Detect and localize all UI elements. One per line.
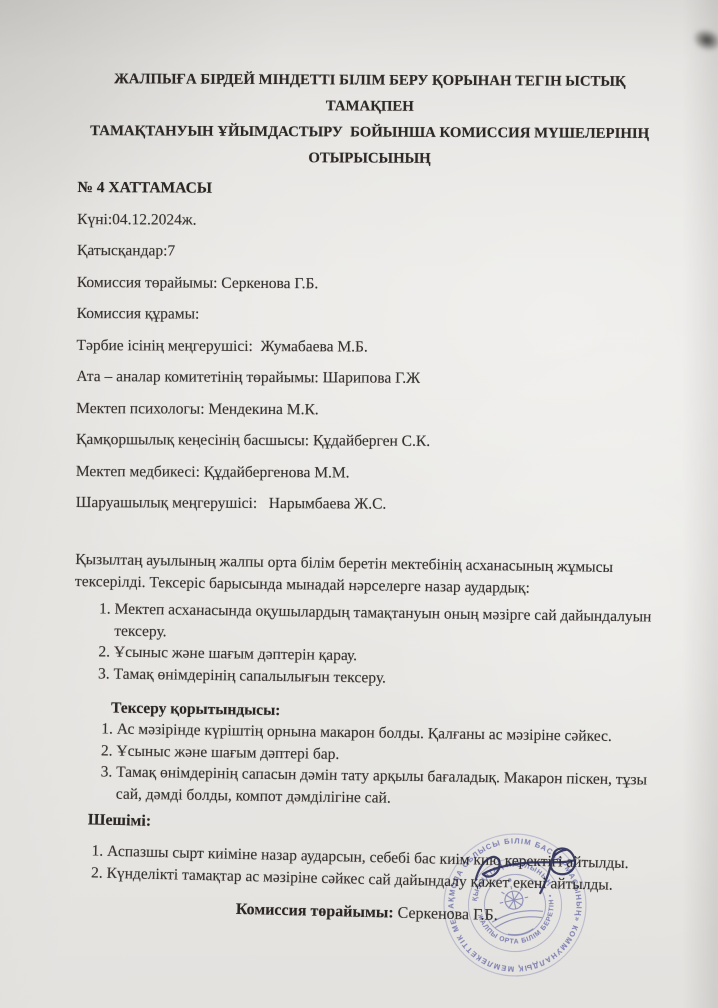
inspection-section: Қызылтаң ауылының жалпы орта білім берет… — [72, 549, 660, 813]
protocol-number: № 4 ХАТТАМАСЫ — [77, 178, 661, 201]
document-page: ЖАЛПЫҒА БІРДЕЙ МІНДЕТТІ БІЛІМ БЕРУ ҚОРЫН… — [0, 0, 718, 1008]
signature-scribble — [467, 838, 609, 907]
date-line: Күні:04.12.2024ж. — [77, 209, 661, 232]
member-line-6: Шаруашылық меңгерушісі: Нарымбаева Ж.С. — [76, 493, 660, 516]
intro-paragraph: Қызылтаң ауылының жалпы орта білім берет… — [75, 549, 660, 601]
inspection-list: Мектеп асханасында оқушылардың тамақтану… — [73, 598, 658, 693]
results-list: Ас мәзірінде күріштің орнына макарон бол… — [72, 718, 657, 813]
member-line-5: Мектеп медбикесі: Құдайбергенова М.М. — [76, 461, 660, 484]
document-header-section: ЖАЛПЫҒА БІРДЕЙ МІНДЕТТІ БІЛІМ БЕРУ ҚОРЫН… — [76, 66, 662, 516]
composition-label: Комиссия құрамы: — [77, 304, 661, 327]
photo-smudge — [685, 21, 718, 59]
attendees-line: Қатысқандар:7 — [77, 241, 661, 264]
member-line-4: Қамқоршылық кеңесінің басшысы: Құдайберг… — [76, 430, 660, 453]
member-line-3: Мектеп психологы: Мендекина М.К. — [76, 398, 660, 421]
document-title: ЖАЛПЫҒА БІРДЕЙ МІНДЕТТІ БІЛІМ БЕРУ ҚОРЫН… — [77, 66, 662, 173]
member-line-1: Тәрбие ісінің меңгерушісі: Жумабаева М.Б… — [76, 335, 660, 358]
member-line-2: Ата – аналар комитетінің төрайымы: Шарип… — [76, 367, 660, 390]
title-line-3: ОТЫРЫСЫНЫҢ — [77, 144, 661, 173]
title-line-2: ТАМАҚТАНУЫН ҰЙЫМДАСТЫРУ БОЙЫНША КОМИССИЯ… — [78, 118, 662, 147]
title-line-1: ЖАЛПЫҒА БІРДЕЙ МІНДЕТТІ БІЛІМ БЕРУ ҚОРЫН… — [78, 66, 662, 121]
chair-line: Комиссия төрайымы: Серкенова Г.Б. — [77, 272, 661, 295]
signature-label: Комиссия төрайымы: — [236, 901, 394, 922]
result-item-3: Тамақ өнімдерінің сапасын дәмін тату арқ… — [116, 762, 657, 813]
document-content: ЖАЛПЫҒА БІРДЕЙ МІНДЕТТІ БІЛІМ БЕРУ ҚОРЫН… — [74, 66, 662, 919]
